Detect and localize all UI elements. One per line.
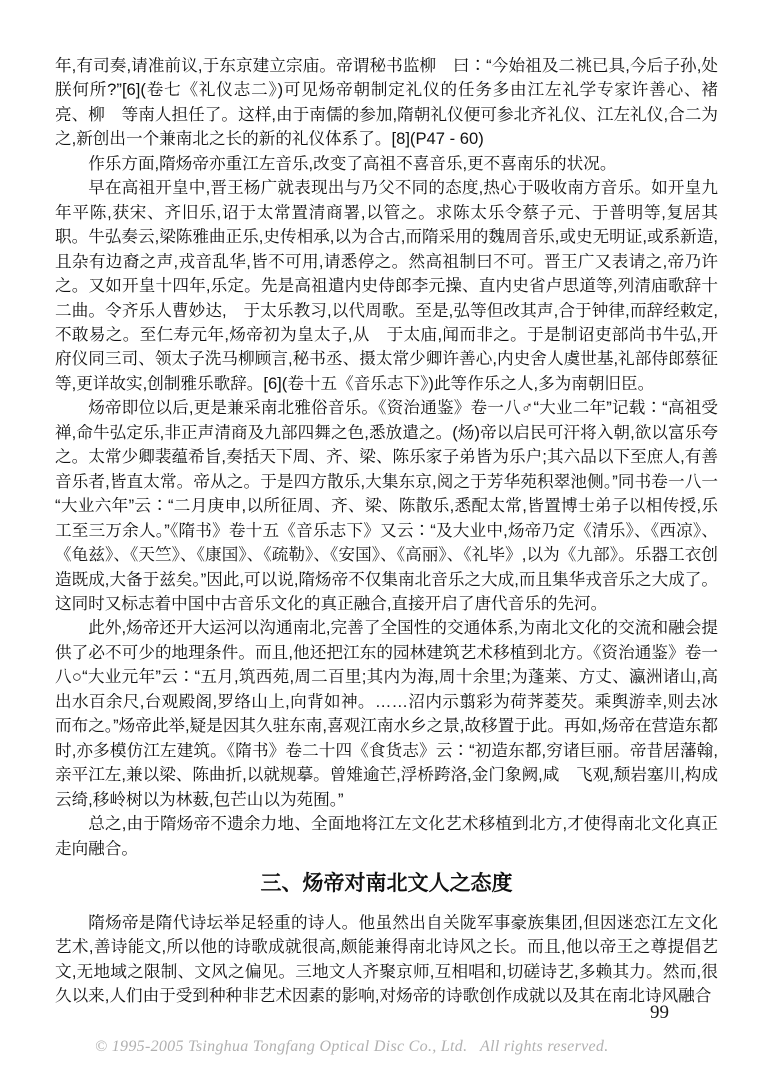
paragraph: 作乐方面,隋炀帝亦重江左音乐,改变了高祖不喜音乐,更不喜南乐的状况。 bbox=[55, 152, 718, 176]
paragraph: 隋炀帝是隋代诗坛举足轻重的诗人。他虽然出自关陇军事豪族集团,但因迷恋江左文化艺术… bbox=[55, 911, 718, 1009]
article-text-column: 年,有司奏,请准前议,于东京建立宗庙。帝谓秘书监柳 曰∶“今始祖及二祧已具,今后… bbox=[55, 54, 718, 1009]
paragraph: 此外,炀帝还开大运河以沟通南北,完善了全国性的交通体系,为南北文化的交流和融会提… bbox=[55, 616, 718, 812]
paragraph: 总之,由于隋炀帝不遗余力地、全面地将江左文化艺术移植到北方,才使得南北文化真正走… bbox=[55, 812, 718, 861]
section-heading: 三、炀帝对南北文人之态度 bbox=[55, 870, 718, 898]
paragraph-continuation: 年,有司奏,请准前议,于东京建立宗庙。帝谓秘书监柳 曰∶“今始祖及二祧已具,今后… bbox=[55, 54, 718, 152]
page-number: 99 bbox=[650, 1002, 669, 1024]
copyright-footer: © 1995-2005 Tsinghua Tongfang Optical Di… bbox=[95, 1038, 609, 1056]
paragraph: 早在高祖开皇中,晋王杨广就表现出与乃父不同的态度,热心于吸收南方音乐。如开皇九年… bbox=[55, 176, 718, 396]
journal-page: 年,有司奏,请准前议,于东京建立宗庙。帝谓秘书监柳 曰∶“今始祖及二祧已具,今后… bbox=[0, 0, 767, 1080]
paragraph: 炀帝即位以后,更是兼采南北雅俗音乐。《资治通鉴》卷一八♂“大业二年”记载∶“高祖… bbox=[55, 396, 718, 616]
